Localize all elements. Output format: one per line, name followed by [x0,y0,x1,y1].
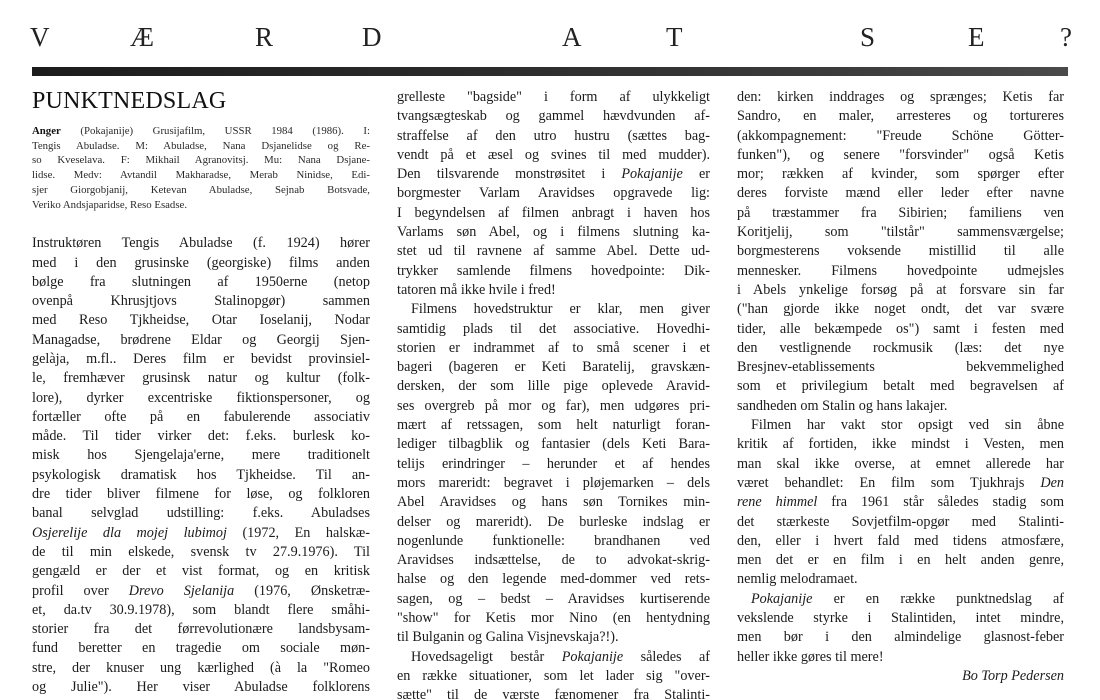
text-line: Aravidses indsættelse, de to advokat-skr… [397,551,710,570]
text-line: med Reso Tjkheidse, Otar Ioselanij, Noda… [32,311,370,330]
text-line: fund beretter en tragedie om sociale møn… [32,639,370,658]
text-line: sætte" til de værste fænomener fra Stali… [397,686,710,700]
text-line: et, da.tv 30.9.1978), som blandt flere s… [32,601,370,620]
header-letter: T [666,22,683,53]
text-line: grelleste "bagside" i form af ulykkeligt [397,88,710,107]
text-line: Den tilsvarende monstrøsitet i Pokajanij… [397,165,710,184]
text-line: Abel Aravidses og hans søn Tornikes min- [397,493,710,512]
text-line: heller ikke gøres til mere! [737,648,1064,667]
film-title-italic: Drevo Sjelanija [129,583,234,599]
text-line: Hovedsageligt består Pokajanije således … [397,648,710,667]
text-line: ("han gjorde ikke noget ondt, det var sv… [737,300,1064,319]
text-line: og Julie"). Her viser Abuladse folkloren… [32,678,370,697]
text-line: dersken, der som lille pige oplevede Ara… [397,377,710,396]
text-line: den: kirken inddrages og sprænges; Ketis… [737,88,1064,107]
header-letter: ? [1060,22,1072,53]
credits-line: Anger (Pokajanije) Grusijafilm, USSR 198… [32,124,370,139]
header-letter: D [362,22,382,53]
text-line: trykker samlende filmens hovedpointe: Di… [397,262,710,281]
text-line: gelàja, m.fl.. Deres film er bevidst pro… [32,350,370,369]
text-line: psykologisk dramatisk hos Tjkheidse. Til… [32,466,370,485]
film-title: Anger [32,125,61,137]
credits-line: so Kveselava. F: Mikhail Agranovitsj. Mu… [32,153,370,168]
film-title-italic: rene himmel [737,494,817,510]
header-letter: A [562,22,582,53]
text-line: storier fra det førrevolutionære landsby… [32,620,370,639]
text-line: en række situationer, som let lader sig … [397,667,710,686]
text-line: Pokajanije er en række punktnedslag af [737,590,1064,609]
film-title-italic: Osjerelije dla mojej lubimoj [32,525,227,541]
text-line: Osjerelije dla mojej lubimoj (1972, En h… [32,524,370,543]
text-line: Bresjnev-etablissements bekvemmelighed [737,358,1064,377]
text-line: fortæller ofte på en fabulerende associa… [32,408,370,427]
header-letter: V [30,22,50,53]
text-line: lore), dyrker excentriske fiktionsperson… [32,389,370,408]
text-line: delser og mareridt). De burleske indslag… [397,513,710,532]
text-line: Filmens hovedstruktur er klar, men giver [397,300,710,319]
text-line: til Bulganin og Galina Visjnevskaja?!). [397,628,710,647]
text-line: ses overgreb på mor og far), men udgøres… [397,397,710,416]
header-letter: E [968,22,985,53]
text-line: Varlams søn Abel, og i filmens slutning … [397,223,710,242]
text-line: mor; rækken af kvinder, som spørger efte… [737,165,1064,184]
credits-line: sjer Giorgobjanij, Ketevan Abuladse, Sej… [32,183,370,198]
text-line: vekslende styrke i Stalintiden, intet mi… [737,609,1064,628]
text-line: borgmester Varlam Aravidses opgravede li… [397,184,710,203]
text-line: mært af retssagen, som helt naturligt fo… [397,416,710,435]
text-line: bølge fra slutningen af 1950erne (netop [32,273,370,292]
film-title-italic: Pokajanije [751,591,812,607]
text-line: I begyndelsen af filmen anbragt i haven … [397,204,710,223]
text-line: været behandlet: En film som Tjukhrajs D… [737,474,1064,493]
text-line: de til min elskede, svensk tv 27.9.1976)… [32,543,370,562]
text-line: den, eller i hvert fald med tidens atmos… [737,532,1064,551]
text-line: på træstammer fra Sibirien; familiens ve… [737,204,1064,223]
text-line: Filmen har vakt stor opsigt ved sin åbne [737,416,1064,435]
text-line: samtidig plads til det associative. Hove… [397,320,710,339]
header-letter: R [255,22,273,53]
text-line: bageri (bageren er Keti Baratelij, gravs… [397,358,710,377]
text-line: profil over Drevo Sjelanija (1976, Ønske… [32,582,370,601]
text-line: kritik af fortiden, ikke mindst i Vesten… [737,435,1064,454]
author-signature: Bo Torp Pedersen [737,667,1064,686]
header-rule [32,67,1068,76]
text-line: straffelse af den utro hustru (sættes ba… [397,127,710,146]
credits-line: Veriko Andsjaparidse, Reso Esadse. [32,198,370,213]
text-line: tvangsægteskab og gammel hævdvunden af- [397,107,710,126]
text-line: Sandro, en maler, arresteres og torturer… [737,107,1064,126]
text-line: funken"), og senere "forsvinder" også Ke… [737,146,1064,165]
text-line: misk hos Sjengelaja'erne, mere tradition… [32,446,370,465]
text-line: ovenpå Khrusjtjovs Stalinopgør) sammen [32,292,370,311]
text-line: man skal ikke overse, at emnet allerede … [737,455,1064,474]
film-credits: Anger (Pokajanije) Grusijafilm, USSR 198… [32,124,370,212]
header-letter: Æ [130,22,154,53]
text-line: gengæld er der et vist format, og en kri… [32,562,370,581]
text-line: deres forviste mænd eller leder efter na… [737,184,1064,203]
text-line: (akkompagnement: "Freude Schöne Götter- [737,127,1064,146]
text-line: i Abels ynkelige forsøg på at forsvare s… [737,281,1064,300]
text-line: som et privilegium betalt med begravelse… [737,377,1064,396]
text-line: dre tider bliver filmene for løse, og fo… [32,485,370,504]
article-column-2: grelleste "bagside" i form af ulykkeligt… [397,88,710,700]
text-line: mors mareridt: begravet i pløjemarken – … [397,474,710,493]
film-title-italic: Pokajanije [621,166,682,182]
text-line: banal selvglad udstilling: f.eks. Abulad… [32,504,370,523]
text-line: stet ud til ravnene af samme Abel. Dette… [397,242,710,261]
text-line: med i den grusinske (georgiske) films an… [32,254,370,273]
text-line: rene himmel fra 1961 står således stadig… [737,493,1064,512]
text-line: men det er en film i en helt anden genre… [737,551,1064,570]
film-title-italic: Pokajanije [562,649,623,665]
text-line: stre, der knuser ung kærlighed (à la "Ro… [32,659,370,678]
text-line: nogenlunde funktionelle: brandhanen ved [397,532,710,551]
text-line: det stærkeste Sovjetfilm-opgør med Stali… [737,513,1064,532]
text-line: Instruktøren Tengis Abuladse (f. 1924) h… [32,234,370,253]
text-line: sagen, og – bedst – Aravidses kurtiseren… [397,590,710,609]
text-line: vendt på et æsel og svines til med mudde… [397,146,710,165]
article-column-3: den: kirken inddrages og sprænges; Ketis… [737,88,1064,686]
text-line: Koritjelij, som "tilstår" sammensværgels… [737,223,1064,242]
text-line: sandheden om Stalin og hans lakajer. [737,397,1064,416]
text-line: halse og den legende med-dommer ved rets… [397,570,710,589]
text-line: nemlig melodramaet. [737,570,1064,589]
film-title-italic: Den [1040,475,1064,491]
text-line: mennesker. Filmens hovedpointe udmejsles [737,262,1064,281]
text-line: le, fremhæver grusinsk natur og kultur (… [32,369,370,388]
text-line: tider, alle bekæmpede os") samt i festen… [737,320,1064,339]
text-line: telijs erindringer – herunder et af hend… [397,455,710,474]
text-line: måde. Til tider virker det: f.eks. burle… [32,427,370,446]
text-line: "show" for Ketis mor Nino (en hentydning [397,609,710,628]
article-column-1: PUNKTNEDSLAG Anger (Pokajanije) Grusijaf… [32,88,370,697]
text-line: borgmesterens voksende mistillid til all… [737,242,1064,261]
text-line: den vestlignende rockmusik (læs: det nye [737,339,1064,358]
credits-line: lidse. Medv: Avtandil Makharadse, Merab … [32,168,370,183]
article-title: PUNKTNEDSLAG [32,88,370,114]
credits-line: Tengis Abuladse. M: Abuladse, Nana Dsjan… [32,139,370,154]
text-line: storien er indrammet af to små scener i … [397,339,710,358]
section-header: V Æ R D A T S E ? [30,22,1070,62]
text-line: Managadse, brødrene Eldar og Georgij Sje… [32,331,370,350]
text-line: tatoren må ikke hvile i fred! [397,281,710,300]
header-letter: S [860,22,875,53]
text-line: men bør i den almindelige glasnost-feber [737,628,1064,647]
text-line: lediger tilbagblik og fantasier (dels Ke… [397,435,710,454]
body-text-col1: Instruktøren Tengis Abuladse (f. 1924) h… [32,234,370,697]
